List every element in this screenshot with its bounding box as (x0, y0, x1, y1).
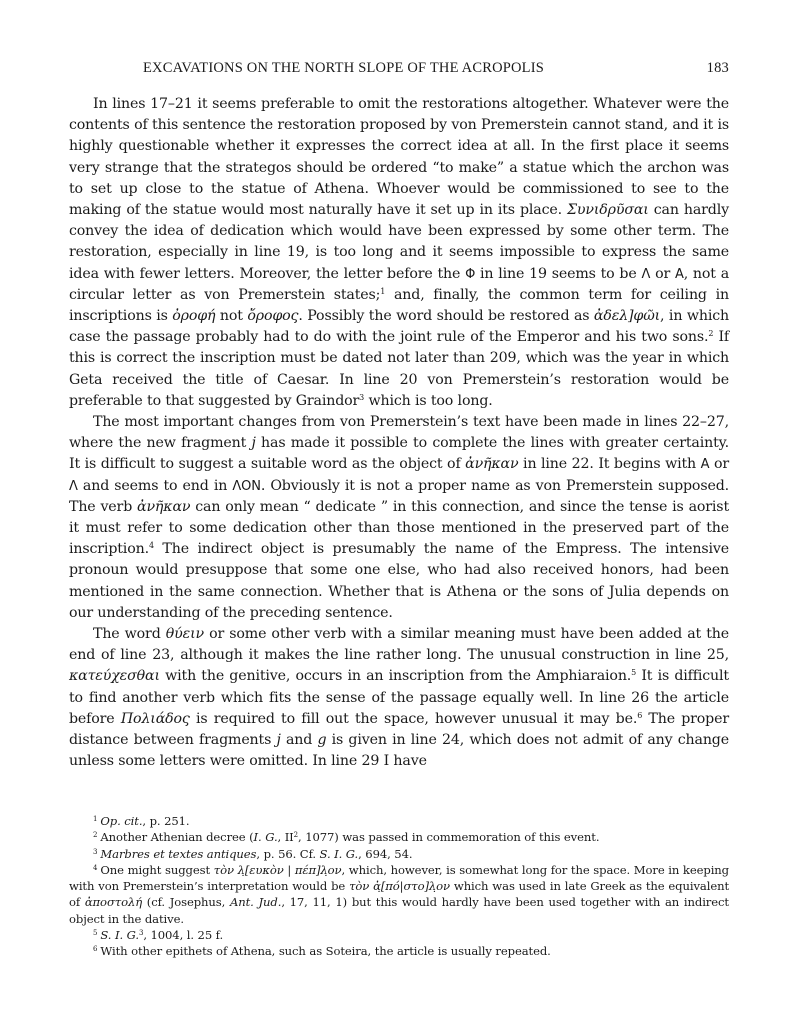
text-run: . Possibly the word should be restored a… (298, 308, 594, 324)
text-run: With other epithets of Athena, such as S… (100, 944, 550, 958)
greek-word: τὸν λ̣[ευκὸν | πέπ]λ̣ον (214, 863, 342, 877)
text-run: , 1077) was passed in commemoration of t… (298, 830, 599, 844)
footnote-5: 5S. I. G.3, 1004, l. 25 f. (69, 927, 729, 943)
greek-word: Συνιδρῦσαι (567, 202, 649, 218)
footnote-number: 1 (93, 815, 97, 823)
citation-title: Marbres et textes antiques (100, 847, 256, 861)
text-run: , p. 251. (142, 814, 189, 828)
running-head-title: EXCAVATIONS ON THE NORTH SLOPE OF THE AC… (143, 60, 544, 77)
greek-word: ἀποστολή (85, 895, 142, 909)
footnote-number: 5 (93, 929, 97, 937)
text-run: , 1004, l. 25 f. (143, 928, 223, 942)
epigraphic-letter: Α (675, 267, 684, 282)
paragraph-1: In lines 17–21 it seems preferable to om… (69, 94, 729, 412)
text-run: (cf. Josephus, (142, 895, 230, 909)
text-run: The word (93, 626, 166, 642)
greek-word: ὀροφή (172, 308, 215, 324)
citation-title: Ant. Jud. (230, 895, 281, 909)
text-run: in line 22. It begins with (518, 456, 700, 472)
footnote-2: 2Another Athenian decree (I. G., II2, 10… (69, 829, 729, 845)
text-run: in line 19 seems to be (475, 266, 641, 282)
footnote-number: 3 (93, 848, 97, 856)
text-run: and seems to end in (78, 478, 233, 494)
text-run: Another Athenian decree ( (100, 830, 253, 844)
citation-title: I. G. (254, 830, 278, 844)
text-run: One might suggest (100, 863, 213, 877)
footnote-4: 4One might suggest τὸν λ̣[ευκὸν | πέπ]λ̣… (69, 862, 729, 927)
greek-word: ἀδελ]φῶι (594, 308, 660, 324)
epigraphic-letter: Λ (641, 267, 650, 282)
text-run: , 694, 54. (358, 847, 412, 861)
citation-title: S. I. G. (320, 847, 359, 861)
epigraphic-letters: ΛΟΝ (232, 479, 260, 494)
greek-word: Πολιάδος (121, 711, 190, 727)
footnote-number: 2 (93, 831, 97, 839)
greek-word: ἀνῆκαν (465, 456, 518, 472)
footnote-number: 4 (93, 864, 97, 872)
footnote-1: 1Op. cit., p. 251. (69, 813, 729, 829)
body-text: In lines 17–21 it seems preferable to om… (69, 94, 729, 773)
greek-word: ἀνῆκαν (137, 499, 190, 515)
greek-word: ὄροφος (247, 308, 298, 324)
page-number: 183 (707, 60, 729, 77)
text-run: , II (278, 830, 294, 844)
greek-word: κατεύχεσθαι (69, 668, 160, 684)
text-run: which is too long. (364, 393, 493, 409)
text-run: is required to fill out the space, howev… (190, 711, 637, 727)
greek-word: θύειν (166, 626, 204, 642)
citation-title: S. I. G. (100, 928, 139, 942)
text-run: , p. 56. Cf. (256, 847, 319, 861)
running-head: EXCAVATIONS ON THE NORTH SLOPE OF THE AC… (69, 60, 729, 80)
text-run: or (709, 456, 729, 472)
epigraphic-letter: Λ (69, 479, 78, 494)
text-run: or (650, 266, 675, 282)
text-run: In lines 17–21 it seems preferable to om… (69, 96, 729, 218)
footnote-number: 6 (93, 945, 97, 953)
footnotes: 1Op. cit., p. 251. 2Another Athenian dec… (69, 813, 729, 960)
paragraph-2: The most important changes from von Prem… (69, 412, 729, 624)
citation-title: Op. cit. (100, 814, 142, 828)
text-run: and (281, 732, 318, 748)
footnote-3: 3Marbres et textes antiques, p. 56. Cf. … (69, 846, 729, 862)
text-run: with the genitive, occurs in an inscript… (160, 668, 631, 684)
text-run: The indirect object is presumably the na… (69, 541, 729, 621)
text-run: not (215, 308, 247, 324)
paragraph-3: The word θύειν or some other verb with a… (69, 624, 729, 772)
epigraphic-letter: Φ (465, 267, 475, 282)
footnote-6: 6With other epithets of Athena, such as … (69, 943, 729, 959)
greek-word: τὸν ἀ̣[πό|στο]λ̣ον (349, 879, 450, 893)
